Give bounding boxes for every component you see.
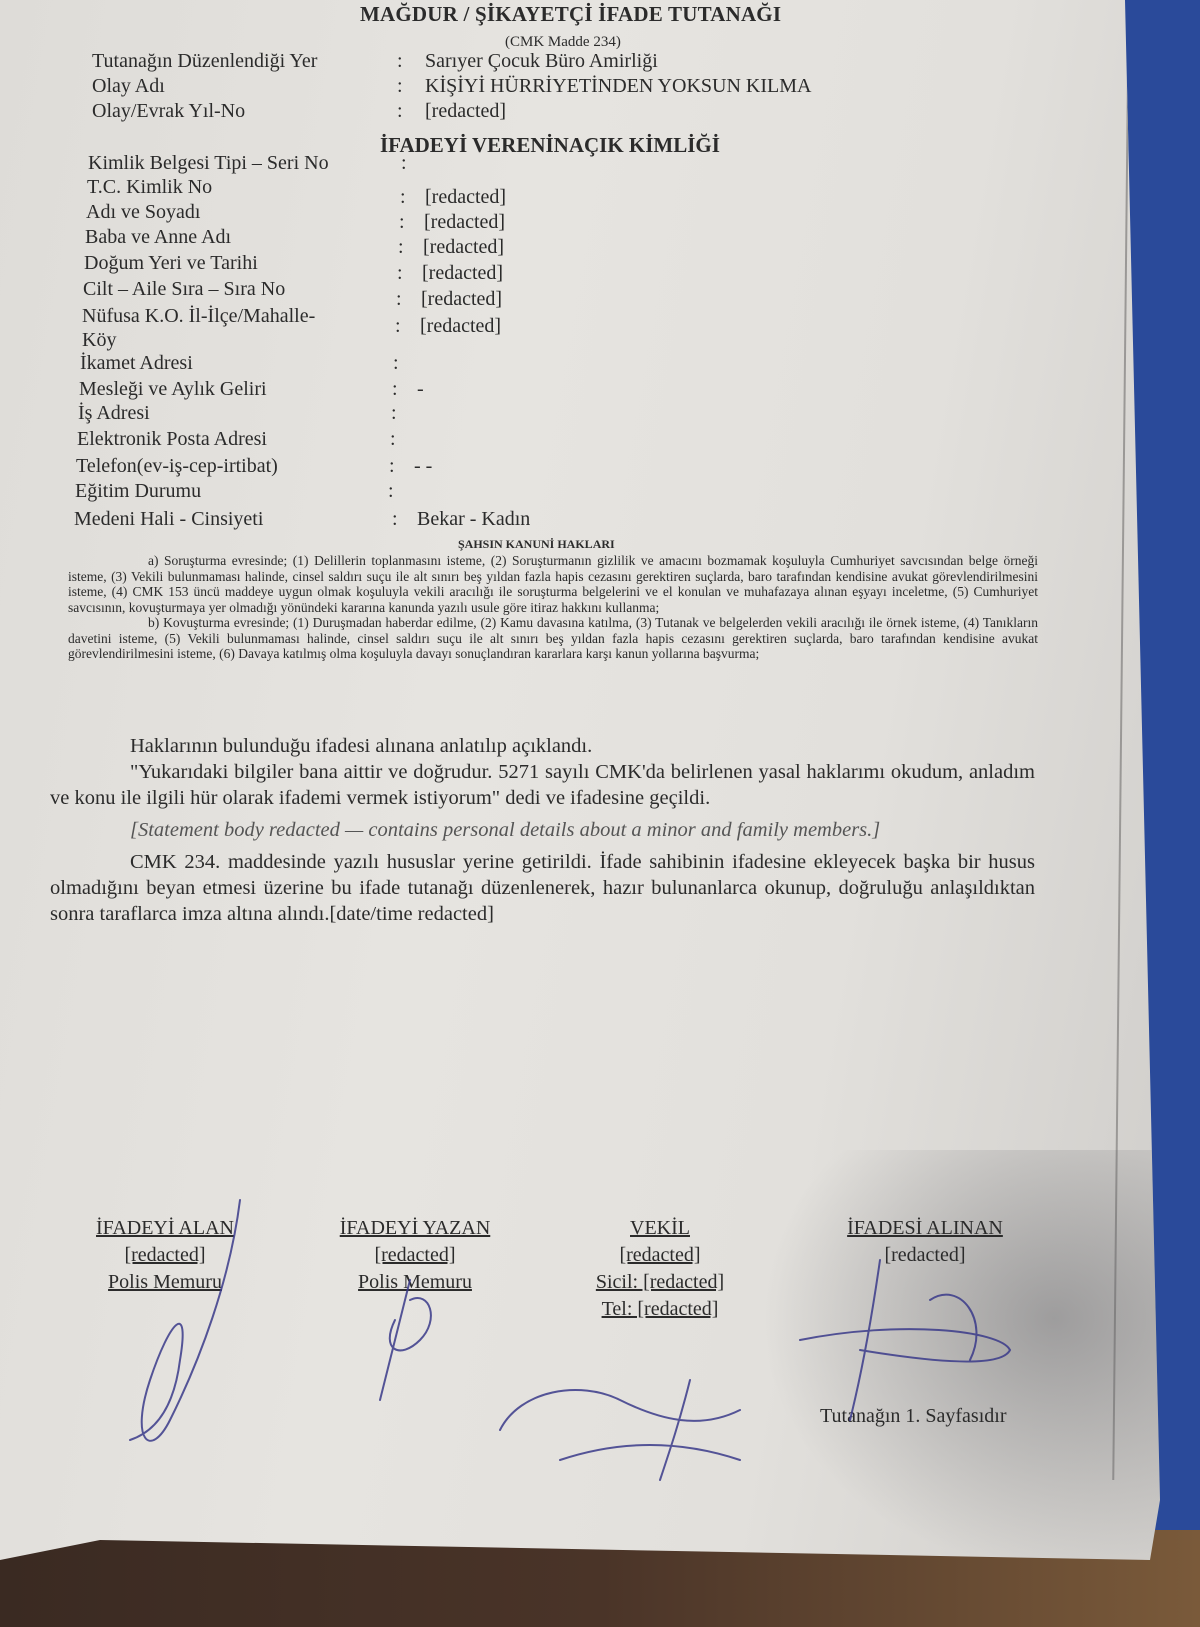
field-colon: : bbox=[390, 428, 396, 451]
attorney-phone: Tel: [redacted] bbox=[555, 1296, 765, 1323]
field-label: Tutanağın Düzenlendiği Yer bbox=[92, 50, 317, 73]
field-colon: : bbox=[397, 75, 403, 98]
field-value: [redacted] bbox=[422, 262, 503, 285]
field-colon: : bbox=[391, 402, 397, 425]
field-value: [redacted] bbox=[420, 315, 501, 338]
signature-stroke bbox=[380, 1280, 431, 1400]
field-label: Adı ve Soyadı bbox=[86, 201, 200, 224]
legal-rights: a) Soruşturma evresinde; (1) Delillerin … bbox=[68, 553, 1038, 662]
identity-section-title: İFADEYİ VERENİNAÇIK KİMLİĞİ bbox=[380, 133, 720, 158]
field-colon: : bbox=[389, 455, 395, 478]
field-label: Eğitim Durumu bbox=[75, 480, 201, 503]
field-value: [redacted] bbox=[423, 236, 504, 259]
statement-paragraph: CMK 234. maddesinde yazılı hususlar yeri… bbox=[50, 849, 1035, 927]
rights-prosecution: b) Kovuşturma evresinde; (1) Duruşmadan … bbox=[68, 615, 1038, 662]
field-label: Elektronik Posta Adresi bbox=[77, 428, 267, 451]
document-title: MAĞDUR / ŞİKAYETÇİ İFADE TUTANAĞI bbox=[360, 2, 781, 27]
field-label: Nüfusa K.O. İl-İlçe/Mahalle- bbox=[82, 305, 315, 328]
signatory-name: [redacted] bbox=[800, 1242, 1050, 1269]
document-page: MAĞDUR / ŞİKAYETÇİ İFADE TUTANAĞI (CMK M… bbox=[0, 0, 1160, 1560]
field-colon: : bbox=[398, 236, 404, 259]
signatory-name: [redacted] bbox=[310, 1242, 520, 1269]
field-colon: : bbox=[400, 186, 406, 209]
field-value: [redacted] bbox=[421, 288, 502, 311]
field-label: Mesleği ve Aylık Geliri bbox=[79, 378, 267, 401]
statement-paragraph: [Statement body redacted — contains pers… bbox=[50, 817, 1035, 843]
field-colon: : bbox=[401, 152, 407, 175]
field-value: Bekar - Kadın bbox=[417, 508, 530, 531]
field-value: KİŞİYİ HÜRRİYETİNDEN YOKSUN KILMA bbox=[425, 75, 811, 98]
signatory-statement-writer: İFADEYİ YAZAN [redacted] Polis Memuru bbox=[310, 1215, 520, 1296]
field-label: Baba ve Anne Adı bbox=[85, 226, 231, 249]
field-label: İş Adresi bbox=[78, 402, 150, 425]
field-value: [redacted] bbox=[425, 100, 506, 123]
field-label: T.C. Kimlik No bbox=[87, 176, 212, 199]
field-label: Olay/Evrak Yıl-No bbox=[92, 100, 245, 123]
field-colon: : bbox=[399, 211, 405, 234]
signatory-name: [redacted] bbox=[555, 1242, 765, 1269]
page-footer: Tutanağın 1. Sayfasıdır bbox=[820, 1405, 1006, 1428]
rights-investigation: a) Soruşturma evresinde; (1) Delillerin … bbox=[68, 553, 1038, 615]
field-colon: : bbox=[392, 378, 398, 401]
field-value: [redacted] bbox=[425, 186, 506, 209]
field-colon: : bbox=[396, 288, 402, 311]
field-label: Kimlik Belgesi Tipi – Seri No bbox=[88, 152, 329, 175]
document-subtitle: (CMK Madde 234) bbox=[505, 34, 621, 51]
hand-shadow bbox=[760, 1150, 1180, 1570]
signatory-role: İFADEYİ YAZAN bbox=[310, 1215, 520, 1242]
signatory-statement-taker: İFADEYİ ALAN [redacted] Polis Memuru bbox=[60, 1215, 270, 1296]
signatory-role: İFADESİ ALINAN bbox=[800, 1215, 1050, 1242]
field-label-continuation: Köy bbox=[82, 329, 116, 352]
signature-stroke bbox=[500, 1380, 740, 1480]
field-value: Sarıyer Çocuk Büro Amirliği bbox=[425, 50, 658, 73]
field-label: Telefon(ev-iş-cep-irtibat) bbox=[76, 455, 278, 478]
statement-paragraph: Haklarının bulunduğu ifadesi alınana anl… bbox=[50, 733, 1035, 759]
field-label: Doğum Yeri ve Tarihi bbox=[84, 252, 258, 275]
rights-title: ŞAHSIN KANUNİ HAKLARI bbox=[458, 537, 615, 552]
field-colon: : bbox=[397, 50, 403, 73]
field-label: Cilt – Aile Sıra – Sıra No bbox=[83, 278, 285, 301]
field-value: [redacted] bbox=[424, 211, 505, 234]
signatory-role: VEKİL bbox=[555, 1215, 765, 1242]
signatory-title: Polis Memuru bbox=[310, 1269, 520, 1296]
attorney-registry: Sicil: [redacted] bbox=[555, 1269, 765, 1296]
field-colon: : bbox=[388, 480, 394, 503]
statement-body: Haklarının bulunduğu ifadesi alınana anl… bbox=[50, 733, 1035, 927]
field-value: - - bbox=[414, 455, 432, 478]
field-colon: : bbox=[393, 352, 399, 375]
field-colon: : bbox=[397, 100, 403, 123]
field-value: - bbox=[417, 378, 424, 401]
signatory-attorney: VEKİL [redacted] Sicil: [redacted] Tel: … bbox=[555, 1215, 765, 1323]
field-label: Medeni Hali - Cinsiyeti bbox=[74, 508, 263, 531]
field-colon: : bbox=[395, 315, 401, 338]
signatory-title: Polis Memuru bbox=[60, 1269, 270, 1296]
field-label: İkamet Adresi bbox=[80, 352, 193, 375]
signatory-name: [redacted] bbox=[60, 1242, 270, 1269]
statement-paragraph: "Yukarıdaki bilgiler bana aittir ve doğr… bbox=[50, 759, 1035, 811]
field-colon: : bbox=[397, 262, 403, 285]
signatory-role: İFADEYİ ALAN bbox=[60, 1215, 270, 1242]
field-label: Olay Adı bbox=[92, 75, 165, 98]
field-colon: : bbox=[392, 508, 398, 531]
signatory-statement-giver: İFADESİ ALINAN [redacted] bbox=[800, 1215, 1050, 1269]
